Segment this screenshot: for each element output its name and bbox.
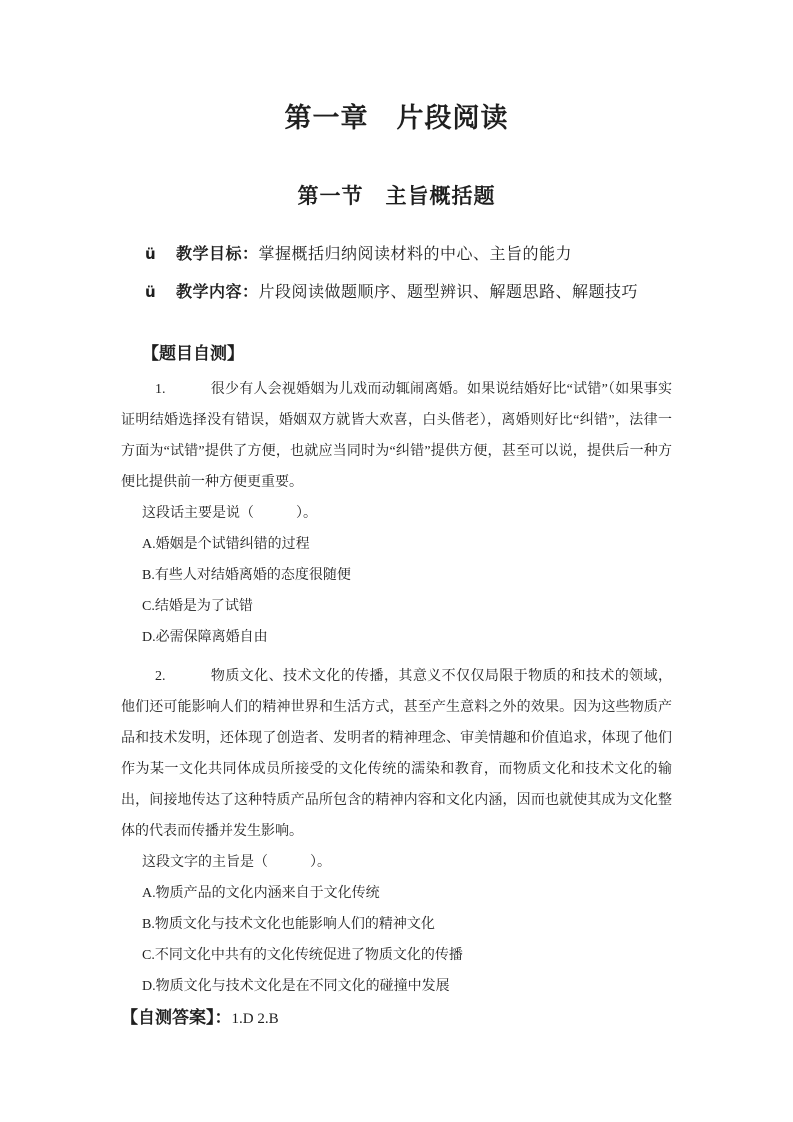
section-title: 第一节 主旨概括题 <box>121 182 672 210</box>
check-bullet-icon: ü <box>145 242 176 266</box>
question-1-option-d: D.必需保障离婚自由 <box>142 622 672 653</box>
question-2-number: 2. <box>155 669 166 684</box>
question-2-text: 物质文化、技术文化的传播，其意义不仅仅局限于物质的和技术的领域，他们还可能影响人… <box>121 669 672 839</box>
question-1-stem: 这段话主要是说（ ）。 <box>142 498 672 529</box>
document-page: 第一章 片段阅读 第一节 主旨概括题 ü 教学目标： 掌握概括归纳阅读材料的中心… <box>0 0 793 1122</box>
question-2-option-a: A.物质产品的文化内涵来自于文化传统 <box>142 878 672 909</box>
self-test-heading: 【题目自测】 <box>142 342 672 366</box>
question-1-body: 1.很少有人会视婚姻为儿戏而动辄闹离婚。如果说结婚好比“试错”（如果事实证明结婚… <box>121 374 672 498</box>
answers-label: 【自测答案】： <box>121 1008 232 1027</box>
question-2-option-d: D.物质文化与技术文化是在不同文化的碰撞中发展 <box>142 971 672 1002</box>
teaching-content-text: 片段阅读做题顺序、题型辨识、解题思路、解题技巧 <box>259 281 639 305</box>
answers-text: 1.D 2.B <box>232 1011 279 1027</box>
chapter-title: 第一章 片段阅读 <box>121 100 672 136</box>
question-2-stem: 这段文字的主旨是（ ）。 <box>142 847 672 878</box>
question-2-option-b: B.物质文化与技术文化也能影响人们的精神文化 <box>142 909 672 940</box>
teaching-objective-row: ü 教学目标： 掌握概括归纳阅读材料的中心、主旨的能力 <box>145 242 672 266</box>
question-1-text: 很少有人会视婚姻为儿戏而动辄闹离婚。如果说结婚好比“试错”（如果事实证明结婚选择… <box>121 382 672 490</box>
check-bullet-icon: ü <box>145 280 176 304</box>
question-1-number: 1. <box>155 382 166 397</box>
question-1-option-c: C.结婚是为了试错 <box>142 591 672 622</box>
teaching-content-row: ü 教学内容： 片段阅读做题顺序、题型辨识、解题思路、解题技巧 <box>145 280 672 304</box>
question-2-option-c: C.不同文化中共有的文化传统促进了物质文化的传播 <box>142 940 672 971</box>
question-1-option-b: B.有些人对结婚离婚的态度很随便 <box>142 560 672 591</box>
question-1-option-a: A.婚姻是个试错纠错的过程 <box>142 529 672 560</box>
self-test-answers: 【自测答案】：1.D 2.B <box>121 1002 672 1035</box>
teaching-points: ü 教学目标： 掌握概括归纳阅读材料的中心、主旨的能力 ü 教学内容： 片段阅读… <box>145 242 672 304</box>
teaching-content-label: 教学内容： <box>176 281 259 305</box>
teaching-objective-label: 教学目标： <box>176 243 259 267</box>
teaching-objective-text: 掌握概括归纳阅读材料的中心、主旨的能力 <box>259 243 573 267</box>
question-2-body: 2.物质文化、技术文化的传播，其意义不仅仅局限于物质的和技术的领域，他们还可能影… <box>121 661 672 847</box>
